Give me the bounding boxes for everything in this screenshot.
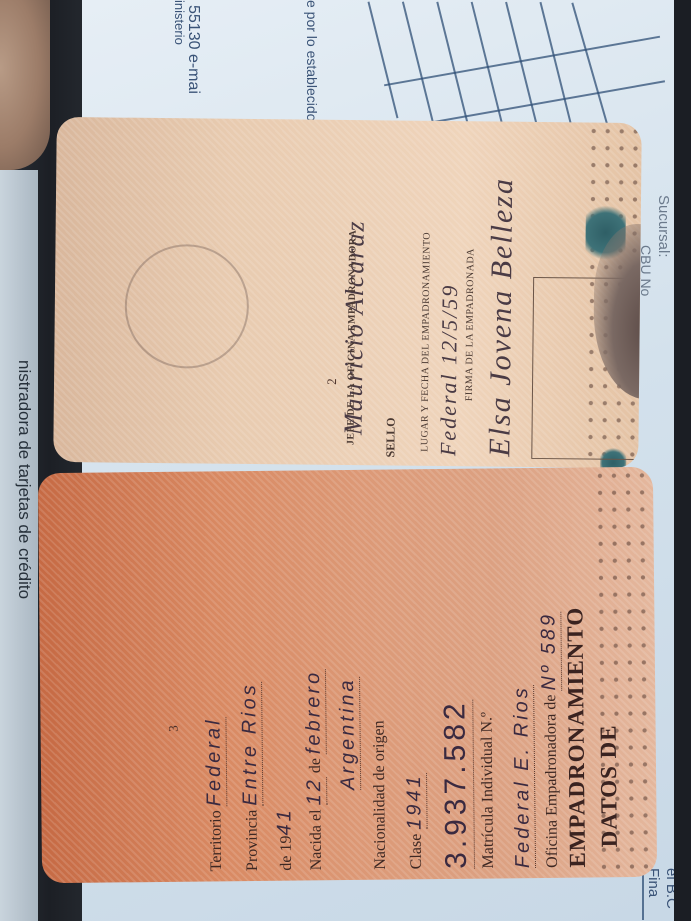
- field-nacida: Nacida el 12 de febrero: [302, 670, 328, 871]
- stamp-label: SELLO: [383, 417, 398, 457]
- field-anio: de 1941: [273, 807, 297, 871]
- place-date-value: Federal 12/5/59: [435, 284, 463, 457]
- page-number-left: 2: [324, 378, 340, 385]
- fingerprint-box: Impresión digital del dedo pulgar de la …: [531, 277, 642, 461]
- field-clase: Clase 1941: [403, 773, 428, 869]
- field-nacionalidad-label: Nacionalidad de origen: [370, 720, 390, 869]
- phone-edge-right: [674, 0, 691, 921]
- signature-value: Elsa Jovena Belleza: [483, 177, 520, 457]
- chief-label: JEFE DE LA OFICINA EMPADRONADORA: [345, 230, 358, 445]
- page-number-right: 3: [166, 725, 182, 732]
- form-text-sucursal: Sucursal:: [655, 195, 672, 258]
- title-line-1: DATOS DE: [596, 724, 623, 847]
- finger: [0, 0, 50, 170]
- field-territorio: Territorio Federal: [202, 717, 228, 871]
- booklet-right-page: DATOS DE EMPADRONAMIENTO Oficina Empadro…: [38, 467, 657, 883]
- stamp-seal: [124, 244, 249, 369]
- title-line-2: EMPADRONAMIENTO: [562, 607, 591, 868]
- field-matricula-label: Matrícula Individual N.º: [478, 712, 498, 869]
- form-text-email: 55130 e-mai: [184, 5, 202, 94]
- field-nacionalidad: Argentina: [336, 677, 361, 790]
- side-strip-text: nistradora de tarjetas de crédito: [14, 360, 34, 599]
- side-paper-strip: nistradora de tarjetas de crédito: [0, 170, 38, 921]
- field-matricula: 3.937.582: [438, 699, 475, 869]
- fingerprint: [593, 224, 642, 400]
- field-provincia: Provincia Entre Rios: [238, 682, 264, 871]
- field-oficina-lugar: Federal E. Rios: [510, 685, 536, 868]
- field-oficina: Oficina Empadronadora de Nº 589: [537, 612, 564, 868]
- signature-label: FIRMA DE LA EMPADRONADA: [464, 248, 477, 401]
- place-date-label: LUGAR Y FECHA DEL EMPADRONAMIENTO: [419, 232, 432, 452]
- booklet-left-page: Impresión digital del dedo pulgar de la …: [53, 117, 642, 468]
